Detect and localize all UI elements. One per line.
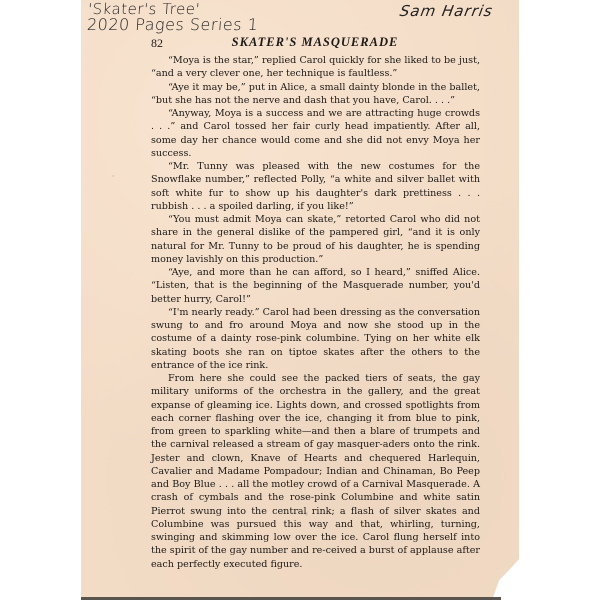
paragraph: “Anyway, Moya is a success and we are at…: [151, 107, 480, 160]
page-number: 82: [151, 36, 163, 51]
handwritten-signature: Sam Harris: [398, 2, 494, 20]
paragraph: “Moya is the star,” replied Carol quickl…: [151, 54, 480, 81]
running-head: SKATER'S MASQUERADE: [200, 35, 430, 50]
paragraph: “Aye it may be,” put in Alice, a small d…: [151, 81, 480, 108]
handwritten-series-note: 2020 Pages Series 1: [86, 15, 259, 34]
paragraph: From here she could see the packed tiers…: [151, 372, 480, 571]
paragraph: “I'm nearly ready.” Carol had been dress…: [151, 306, 480, 372]
paper-speck: [112, 175, 114, 177]
paragraph: “Mr. Tunny was pleased with the new cost…: [151, 160, 480, 213]
paragraph: “Aye, and more than he can afford, so I …: [151, 266, 480, 306]
paragraph: “You must admit Moya can skate,” retorte…: [151, 213, 480, 266]
body-text: “Moya is the star,” replied Carol quickl…: [151, 54, 480, 571]
